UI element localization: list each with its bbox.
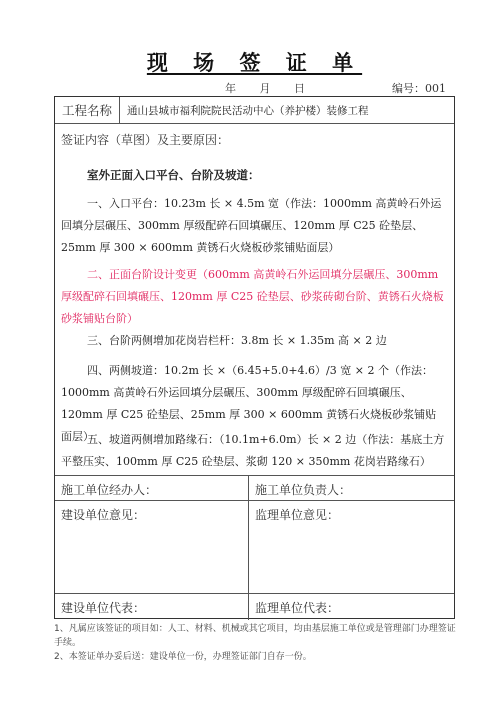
representative-row: 建设单位代表： 监理单位代表： — [55, 594, 454, 620]
footnote-2: 2、本签证单办妥后送：建设单位一份，办理签证部门自存一份。 — [54, 650, 459, 664]
project-name-label: 工程名称 — [55, 97, 120, 123]
supervisor-rep-label: 监理单位代表： — [255, 599, 339, 616]
date-day: 日 — [294, 82, 305, 95]
visa-content-label: 签证内容（草图）及主要原因： — [61, 131, 229, 148]
contractor-row: 施工单位经办人： 施工单位负责人： — [55, 476, 454, 501]
project-name-value: 通山县城市福利院院民活动中心（养护楼）装修工程 — [127, 97, 369, 123]
contractor-handler-label: 施工单位经办人： — [61, 481, 157, 498]
visa-content-row: 签证内容（草图）及主要原因： 室外正面入口平台、台阶及坡道： 一、入口平台：10… — [55, 124, 454, 476]
contractor-manager-label: 施工单位负责人： — [255, 481, 351, 498]
opinion-row: 建设单位意见： 监理单位意见： — [55, 501, 454, 594]
project-name-row: 工程名称 通山县城市福利院院民活动中心（养护楼）装修工程 — [55, 97, 454, 124]
footnote-1: 1、凡属应该签证的项目如：人工、材料、机械或其它项目，均由基层施工单位或是管理部… — [54, 622, 459, 650]
owner-rep-cell[interactable]: 建设单位代表： — [55, 594, 249, 620]
date-line: 年 月 日 — [225, 80, 325, 96]
date-year: 年 — [225, 82, 236, 95]
content-item-1: 一、入口平台：10.23m 长 × 4.5m 宽（作法：1000mm 高黄岭石外… — [61, 193, 445, 259]
content-heading: 室外正面入口平台、台阶及坡道： — [61, 164, 445, 186]
owner-opinion-label: 建设单位意见： — [61, 506, 145, 523]
contractor-handler-cell[interactable]: 施工单位经办人： — [55, 476, 249, 500]
content-item-5: 五、坡道两侧增加路缘石：（10.1m+6.0m）长 × 2 边（作法：基底土方平… — [61, 429, 445, 473]
owner-opinion-cell[interactable]: 建设单位意见： — [55, 501, 249, 593]
serial-number: 编号：001 — [392, 80, 446, 96]
supervisor-opinion-label: 监理单位意见： — [255, 506, 339, 523]
visa-form-table: 工程名称 通山县城市福利院院民活动中心（养护楼）装修工程 签证内容（草图）及主要… — [54, 96, 455, 619]
footnotes: 1、凡属应该签证的项目如：人工、材料、机械或其它项目，均由基层施工单位或是管理部… — [54, 622, 459, 664]
document-title: 现 场 签 证 单 — [0, 47, 500, 77]
supervisor-rep-cell[interactable]: 监理单位代表： — [249, 594, 454, 620]
document-title-text: 现 场 签 证 单 — [138, 51, 362, 75]
content-item-3: 三、台阶两侧增加花岗岩栏杆：3.8m 长 × 1.35m 高 × 2 边 — [61, 330, 445, 352]
date-month: 月 — [260, 82, 271, 95]
contractor-manager-cell[interactable]: 施工单位负责人： — [249, 476, 454, 500]
content-item-2: 二、正面台阶设计变更（600mm 高黄岭石外运回填分层碾压、300mm 厚级配碎… — [61, 264, 445, 330]
owner-rep-label: 建设单位代表： — [61, 599, 145, 616]
supervisor-opinion-cell[interactable]: 监理单位意见： — [249, 501, 454, 593]
